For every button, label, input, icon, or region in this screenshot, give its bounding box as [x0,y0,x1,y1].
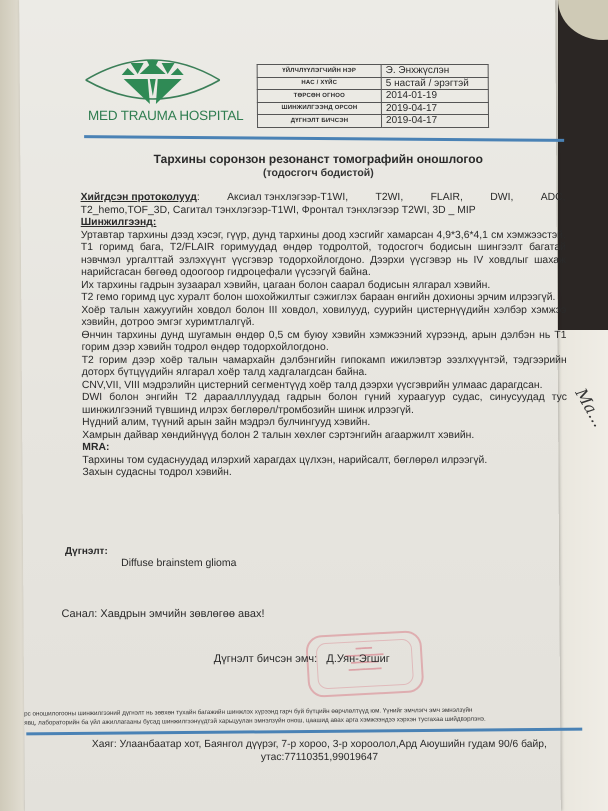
conclusion-value: Diffuse brainstem glioma [121,557,236,569]
disclaimer: рс оношилогооны шинжилгээний дүгнэлт нь … [24,704,608,727]
report-title: Тархины соронзон резонанст томографийн о… [138,152,498,166]
mra-paragraph: Захын судасны тодрол хэвийн. [82,467,567,480]
finding-paragraph: Хоёр талын хажуугийн ховдол болон III хо… [81,305,566,330]
table-row: ШИНЖИЛГЭЭНД ОРСОН 2019-04-17 [257,102,488,115]
finding-paragraph: T2 гемо горимд цус хуралт болон шохойжил… [81,292,566,305]
finding-paragraph: Их тархины гадрын зузаарал хэвийн, цагаа… [81,280,566,293]
age-sex-value: 5 настай / эрэгтэй [381,77,488,90]
protocol-item: T2WI, [375,192,403,205]
protocol-item: ADC, [541,192,566,205]
finding-paragraph: DWI болон энгийн T2 дараалллуудад гадрын… [82,392,567,417]
conclusion-label: Дүгнэлт: [65,546,108,557]
exam-date-value: 2019-04-17 [381,102,488,115]
table-row: НАС / ХҮЙС 5 настай / эрэгтэй [257,77,488,90]
exam-date-label: ШИНЖИЛГЭЭНД ОРСОН [257,102,381,115]
finding-paragraph: Уртавтар тархины дээд хэсэг, гүүр, дунд … [81,230,566,280]
address-block: Хаяг: Улаанбаатар хот, Баянгол дүүрэг, 7… [59,738,579,764]
patient-info-table: ҮЙЛЧЛҮҮЛЭГЧИЙН НЭР Э. Энхжүслэн НАС / ХҮ… [257,64,489,128]
hospital-name: MED TRAUMA HOSPITAL [88,108,244,123]
age-sex-label: НАС / ХҮЙС [257,77,381,90]
signing-doctor: Дүгнэлт бичсэн эмч: Д.Уян-Эгшиг [214,653,390,665]
protocol-item: DWI, [490,192,513,205]
birth-date-label: ТӨРСӨН ОГНОО [257,90,381,103]
finding-paragraph: Нүдний алим, түүний арын зайн мэдрэл бул… [82,417,567,430]
table-row: ҮЙЛЧЛҮҮЛЭГЧИЙН НЭР Э. Энхжүслэн [257,65,488,78]
mra-paragraph: Тархины том судаснуудад илэрхий харагдах… [82,455,567,468]
advice-text: Санал: Хавдрын эмчийн зөвлөгөө авах! [61,608,264,620]
doctor-label: Дүгнэлт бичсэн эмч: [214,653,318,665]
protocols-line-2: T2_hemo,TOF_3D, Сагитал тэнхлэгээр-T1WI,… [81,205,566,218]
report-date-value: 2019-04-17 [381,115,488,128]
finding-paragraph: Өнчин тархины дунд шугамын өндөр 0,5 см … [81,330,566,355]
report-body: Хийгдсэн протоколууд: Аксиал тэнхлэгээр-… [81,192,568,480]
protocols-line-1: Хийгдсэн протоколууд: Аксиал тэнхлэгээр-… [81,192,566,205]
table-row: ДҮГНЭЛТ БИЧСЭН 2019-04-17 [257,115,488,128]
doctor-name: Д.Уян-Эгшиг [326,653,389,665]
table-row: ТӨРСӨН ОГНОО 2014-01-19 [257,90,488,103]
report-subtitle: (тодосгогч бодистой) [138,167,498,179]
protocol-item: FLAIR, [431,192,463,205]
mra-label: MRA: [82,442,567,455]
phone-text: утас:77110351,99019647 [59,751,579,764]
address-text: Хаяг: Улаанбаатар хот, Баянгол дүүрэг, 7… [59,738,579,751]
finding-paragraph: CNV,VII, VIII мэдрэлийн цистерний сегмен… [82,380,567,393]
patient-name-label: ҮЙЛЧЛҮҮЛЭГЧИЙН НЭР [257,65,381,78]
patient-name-value: Э. Энхжүслэн [381,65,488,78]
birth-date-value: 2014-01-19 [381,90,488,103]
protocol-item: Аксиал тэнхлэгээр-T1WI, [227,192,348,205]
footer-divider [26,728,582,736]
finding-paragraph: Хамрын дайвар хөндийнүүд болон 2 талын х… [82,430,567,443]
findings-label: Шинжилгээнд: [81,217,566,230]
header-divider [84,135,564,142]
finding-paragraph: T2 горим дээр хоёр талын чамархайн дэлбэ… [82,355,567,380]
report-page: MED TRAUMA HOSPITAL ҮЙЛЧЛҮҮЛЭГЧИЙН НЭР Э… [19,0,561,811]
protocols-label: Хийгдсэн протоколууд [81,192,197,203]
report-date-label: ДҮГНЭЛТ БИЧСЭН [257,115,381,128]
